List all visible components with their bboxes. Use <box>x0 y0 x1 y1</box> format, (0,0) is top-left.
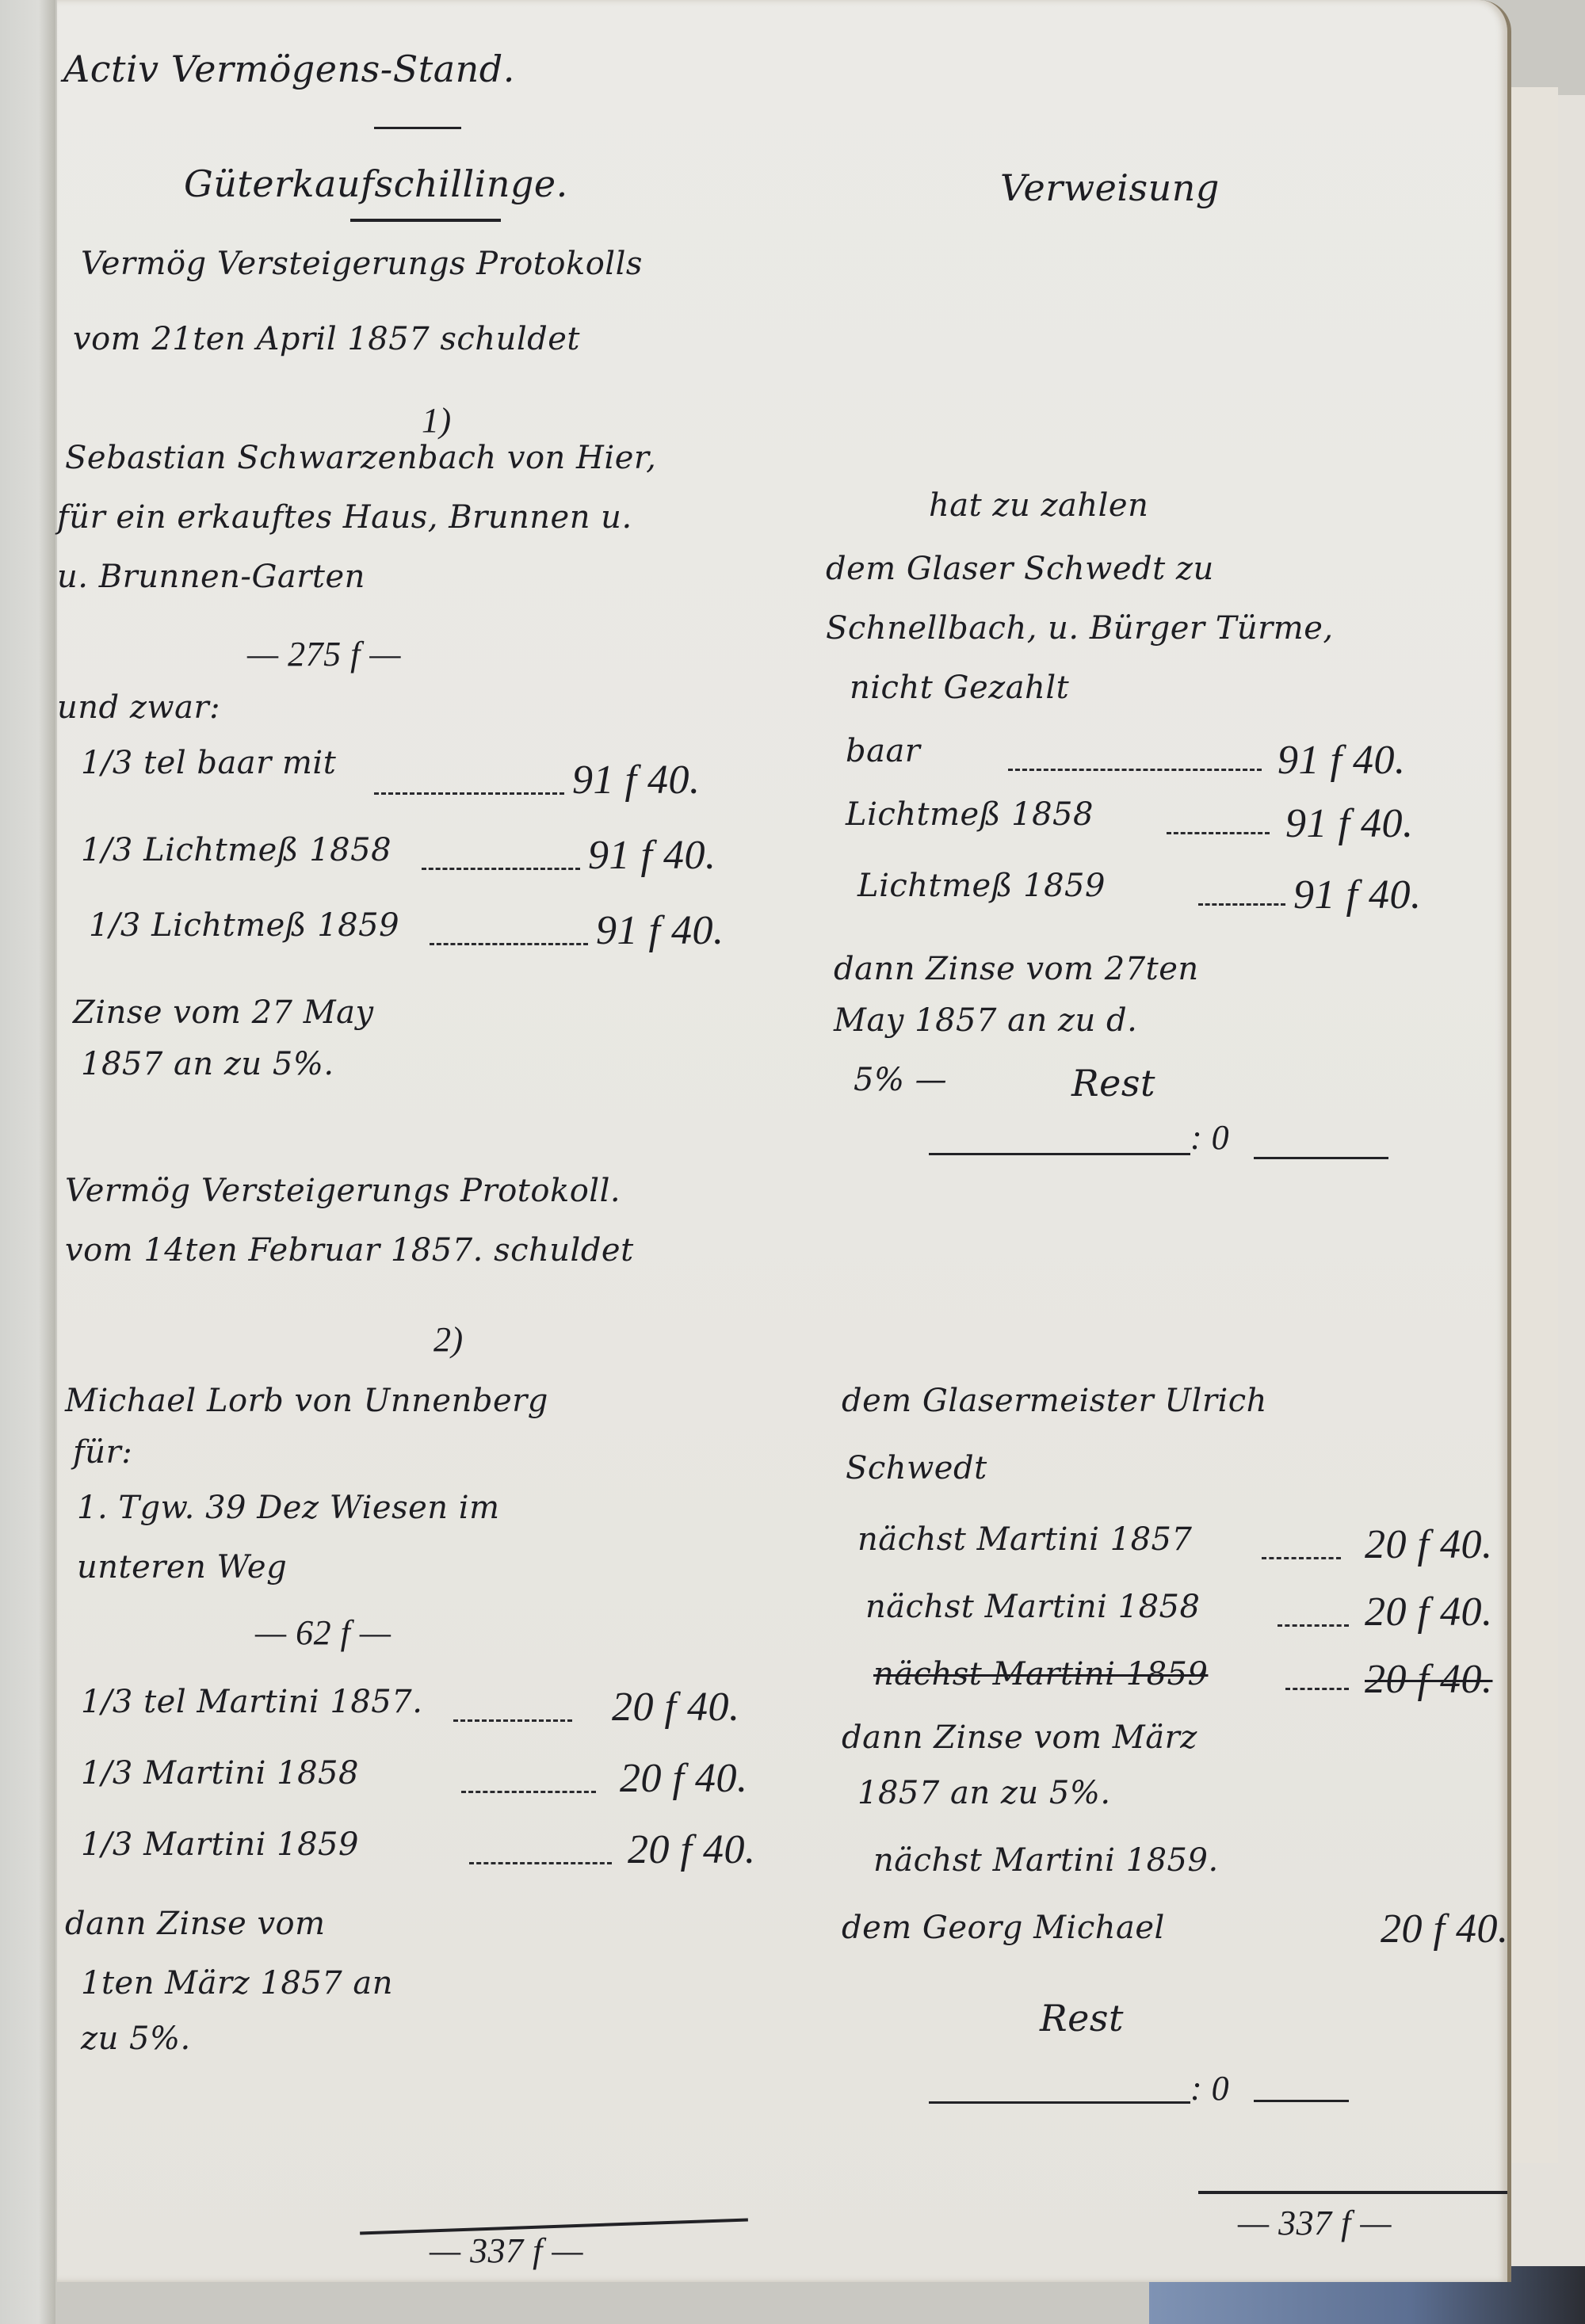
entry2-installment-label: 1/3 Martini 1858 <box>81 1755 359 1792</box>
leader-dots <box>469 1862 612 1864</box>
entry1-verweisung-payment-amount: 91 f 40. <box>1293 872 1421 918</box>
entry1-verweisung-interest-line3: 5% — <box>854 1062 947 1098</box>
entry2-verweisung-payment-label: nächst Martini 1858 <box>865 1589 1200 1625</box>
entry1-rest-value: : 0 <box>1190 1117 1229 1158</box>
entry1-debtor-line1: Sebastian Schwarzenbach von Hier, <box>65 440 656 476</box>
rest-rule <box>1254 2100 1349 2102</box>
entry2-interest-line1: dann Zinse vom <box>65 1906 326 1942</box>
entry1-installment-amount: 91 f 40. <box>588 832 716 879</box>
previous-page-edge <box>0 0 55 2324</box>
entry1-verweisung-payment-amount: 91 f 40. <box>1278 737 1405 784</box>
entry1-und-zwar: und zwar: <box>57 689 220 726</box>
entry1-installment-label: 1/3 Lichtmeß 1858 <box>81 832 391 868</box>
leader-dots <box>430 943 588 945</box>
entry2-rest-label: Rest <box>1040 1997 1124 2040</box>
rest-rule <box>1254 1157 1388 1159</box>
leader-dots <box>1278 1624 1349 1627</box>
entry2-debtor-line1: Michael Lorb von Unnenberg <box>65 1383 548 1419</box>
entry2-verweisung-line4-amount: 20 f 40. <box>1381 1906 1508 1952</box>
rest-rule <box>929 1153 1190 1155</box>
entry2-verweisung-line4: dem Georg Michael <box>842 1910 1165 1946</box>
title-rule <box>374 127 461 129</box>
entry1-verweisung-payment-label: Lichtmeß 1858 <box>846 796 1094 833</box>
entry1-verweisung-line3: Schnellbach, u. Bürger Türme, <box>826 610 1334 647</box>
leader-dots <box>453 1719 572 1722</box>
entry2-interest-line3: zu 5%. <box>81 2021 191 2057</box>
entry1-source-line1: Vermög Versteigerungs Protokolls <box>81 246 643 282</box>
leader-dots <box>1262 1557 1341 1559</box>
total-rule-right <box>1198 2191 1507 2194</box>
entry2-verweisung-line2: Schwedt <box>846 1450 987 1486</box>
entry2-installment-amount: 20 f 40. <box>628 1826 755 1873</box>
rest-rule <box>929 2101 1190 2104</box>
entry1-verweisung-line4: nicht Gezahlt <box>850 670 1069 706</box>
entry1-total: — 275 f — <box>247 634 401 674</box>
entry1-interest-line2: 1857 an zu 5%. <box>81 1046 334 1082</box>
total-right: — 337 f — <box>1238 2203 1392 2243</box>
entry1-verweisung-payment-label: baar <box>846 733 920 769</box>
entry2-debtor-line4: unteren Weg <box>77 1549 287 1586</box>
entry2-verweisung-line3: nächst Martini 1859. <box>873 1842 1219 1879</box>
section-heading-left: Güterkaufschillinge. <box>184 162 568 205</box>
leader-dots <box>1285 1688 1349 1690</box>
entry1-installment-amount: 91 f 40. <box>596 907 724 954</box>
entry1-rest-label: Rest <box>1071 1062 1155 1105</box>
entry1-verweisung-payment-amount: 91 f 40. <box>1285 800 1413 847</box>
entry1-installment-label: 1/3 Lichtmeß 1859 <box>89 907 399 944</box>
entry2-verweisung-line1: dem Glasermeister Ulrich <box>842 1383 1267 1419</box>
entry1-verweisung-interest-line2: May 1857 an zu d. <box>834 1002 1137 1039</box>
entry1-verweisung-line2: dem Glaser Schwedt zu <box>826 551 1214 587</box>
leader-dots <box>461 1791 596 1793</box>
section-heading-right: Verweisung <box>1000 166 1220 209</box>
entry2-installment-label: 1/3 tel Martini 1857. <box>81 1684 422 1720</box>
entry1-number: 1) <box>422 400 452 441</box>
entry1-verweisung-interest-line1: dann Zinse vom 27ten <box>834 951 1199 987</box>
entry2-installment-label: 1/3 Martini 1859 <box>81 1826 359 1863</box>
entry2-verweisung-interest-line1: dann Zinse vom März <box>842 1719 1197 1756</box>
leader-dots <box>1008 769 1262 771</box>
ledger-page: Activ Vermögens-Stand. Güterkaufschillin… <box>57 0 1511 2282</box>
page-title: Activ Vermögens-Stand. <box>63 48 515 90</box>
entry2-verweisung-payment-label-struck: nächst Martini 1859 <box>873 1656 1208 1692</box>
entry1-debtor-line3: u. Brunnen-Garten <box>57 559 365 595</box>
entry2-verweisung-payment-label: nächst Martini 1857 <box>857 1521 1192 1558</box>
entry2-verweisung-payment-amount: 20 f 40. <box>1365 1589 1492 1635</box>
entry2-verweisung-payment-amount: 20 f 40. <box>1365 1521 1492 1568</box>
entry1-debtor-line2: für ein erkauftes Haus, Brunnen u. <box>57 499 632 536</box>
entry1-verweisung-line1: hat zu zahlen <box>929 487 1148 524</box>
entry1-installment-amount: 91 f 40. <box>572 757 700 803</box>
entry2-interest-line2: 1ten März 1857 an <box>81 1965 393 2002</box>
entry2-installment-amount: 20 f 40. <box>620 1755 747 1802</box>
entry1-interest-line1: Zinse vom 27 May <box>73 994 374 1031</box>
entry1-installment-label: 1/3 tel baar mit <box>81 745 336 781</box>
entry1-verweisung-payment-label: Lichtmeß 1859 <box>857 868 1106 904</box>
section-rule <box>350 219 501 222</box>
leader-dots <box>422 868 580 870</box>
entry2-installment-amount: 20 f 40. <box>612 1684 739 1731</box>
leader-dots <box>1198 903 1285 906</box>
entry2-rest-value: : 0 <box>1190 2068 1229 2108</box>
entry2-source-line2: vom 14ten Februar 1857. schuldet <box>65 1232 634 1269</box>
entry2-number: 2) <box>433 1319 464 1360</box>
total-left: — 337 f — <box>430 2231 583 2271</box>
entry1-source-line2: vom 21ten April 1857 schuldet <box>73 321 580 357</box>
entry2-total: — 62 f — <box>255 1612 391 1653</box>
entry2-source-line1: Vermög Versteigerungs Protokoll. <box>65 1173 621 1209</box>
entry2-verweisung-payment-amount-struck: 20 f 40. <box>1365 1656 1492 1703</box>
entry2-verweisung-interest-line2: 1857 an zu 5%. <box>857 1775 1111 1811</box>
entry2-debtor-line2: für: <box>73 1434 132 1471</box>
entry2-debtor-line3: 1. Tgw. 39 Dez Wiesen im <box>77 1490 500 1526</box>
leader-dots <box>1167 832 1270 834</box>
leader-dots <box>374 792 564 795</box>
